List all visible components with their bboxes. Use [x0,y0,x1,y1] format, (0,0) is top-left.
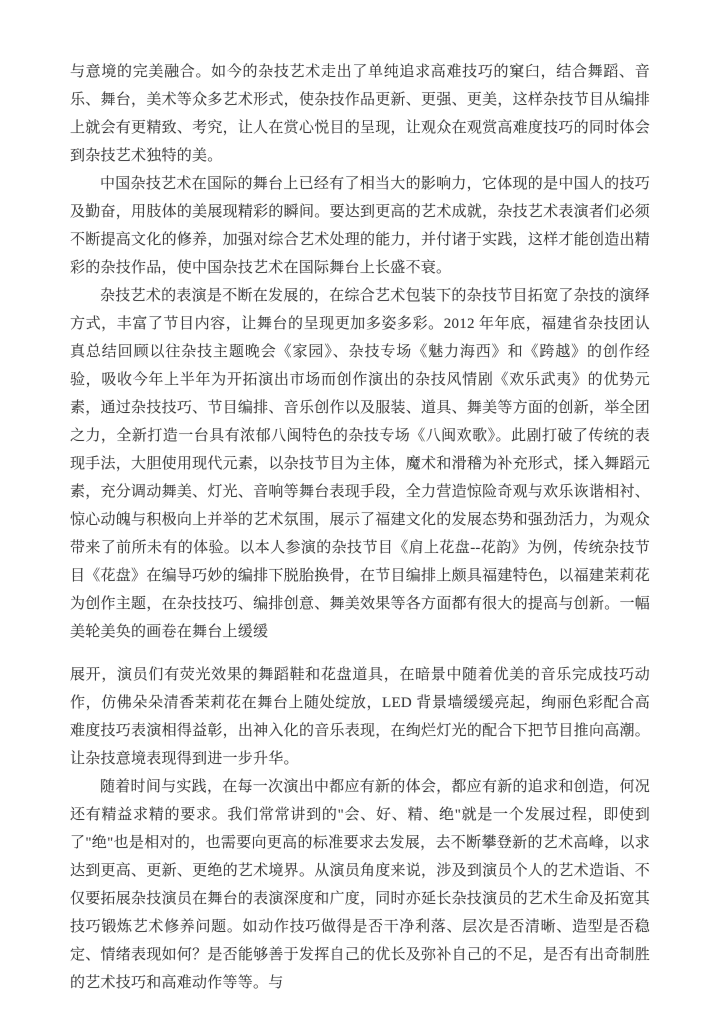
paragraph: 中国杂技艺术在国际的舞台上已经有了相当大的影响力，它体现的是中国人的技巧及勤奋，… [70,170,650,282]
document-page: { "page": { "background": "#ffffff", "te… [0,0,720,1018]
paragraph: 与意境的完美融合。如今的杂技艺术走出了单纯追求高难技巧的窠臼，结合舞蹈、音乐、舞… [70,58,650,170]
document-body: 与意境的完美融合。如今的杂技艺术走出了单纯追求高难技巧的窠臼，结合舞蹈、音乐、舞… [70,58,650,997]
paragraph: 随着时间与实践，在每一次演出中都应有新的体会，都应有新的追求和创造，何况还有精益… [70,773,650,997]
paragraph: 杂技艺术的表演是不断在发展的，在综合艺术包装下的杂技节目拓宽了杂技的演绎方式，丰… [70,282,650,646]
paragraph: 展开，演员们有荧光效果的舞蹈鞋和花盘道具，在暗景中随着优美的音乐完成技巧动作，仿… [70,661,650,773]
